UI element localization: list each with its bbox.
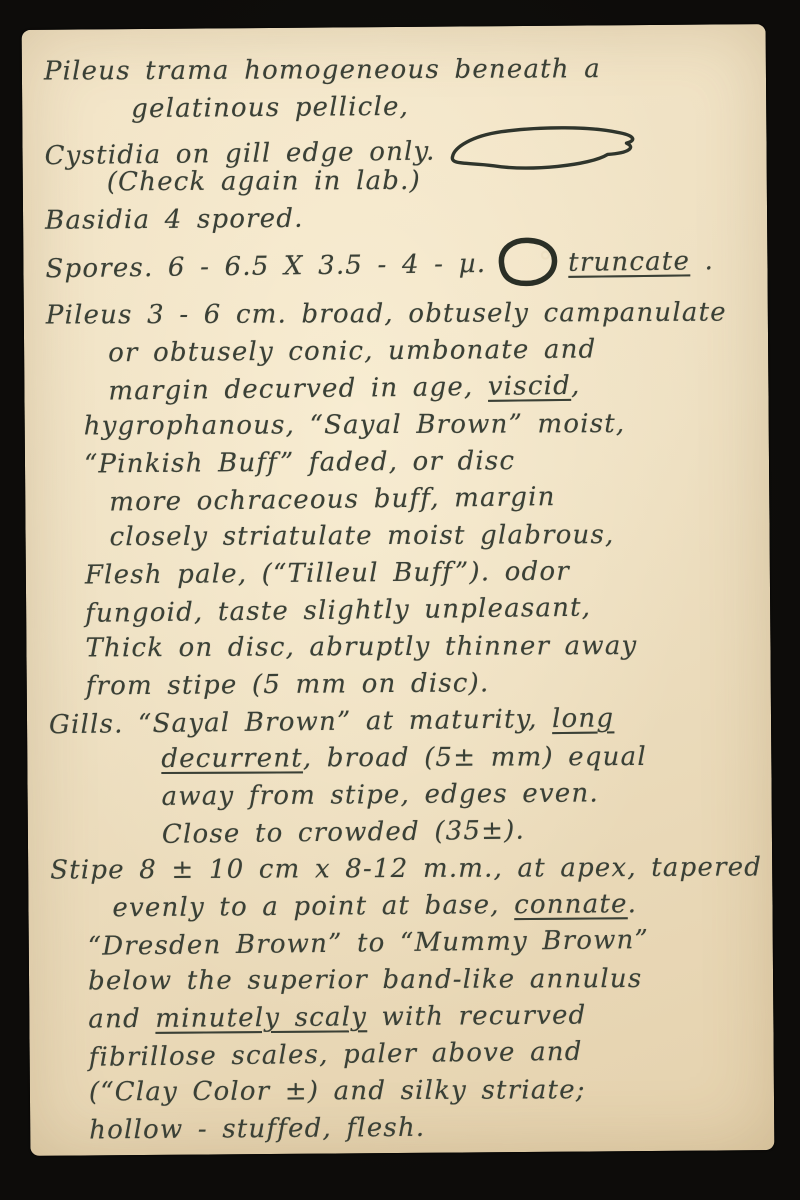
handwritten-line: Stipe 8 ± 10 cm x 8-12 m.m., at apex, ta… xyxy=(42,849,762,889)
handwritten-line: fungoid, taste slightly unpleasant, xyxy=(40,588,760,634)
handwriting-lines: Pileus trama homogeneous beneath agelati… xyxy=(36,49,765,1150)
handwritten-line: margin decurved in age, viscid, xyxy=(38,366,758,412)
handwritten-line: below the superior band-like annulus xyxy=(43,960,763,1000)
handwritten-line: Gills. “Sayal Brown” at maturity, long xyxy=(41,699,761,745)
spore-sketch-icon xyxy=(494,235,561,288)
handwritten-line: Spores. 6 - 6.5 X 3.5 - 4 - µ. truncate … xyxy=(37,233,757,279)
handwritten-line: Pileus trama homogeneous beneath a xyxy=(36,50,756,90)
handwritten-line: “Dresden Brown” to “Mummy Brown” xyxy=(43,921,763,967)
handwritten-line: Pileus 3 - 6 cm. broad, obtusely campanu… xyxy=(38,294,758,334)
handwritten-line: fibrillose scales, paler above and xyxy=(43,1032,763,1078)
underlined-word: viscid xyxy=(488,371,571,402)
note-card: Pileus trama homogeneous beneath agelati… xyxy=(22,24,775,1156)
underlined-word: decurrent xyxy=(161,743,303,774)
handwritten-line: (Check again in lab.) xyxy=(37,161,757,201)
underlined-word: connate xyxy=(514,889,628,920)
handwritten-line: closely striatulate moist glabrous, xyxy=(40,516,760,556)
photo-background: Pileus trama homogeneous beneath agelati… xyxy=(0,0,800,1200)
handwritten-line: decurrent, broad (5± mm) equal xyxy=(41,738,761,778)
underlined-word: truncate xyxy=(568,246,690,277)
handwritten-line: Close to crowded (35±). xyxy=(42,810,762,856)
handwritten-line: Thick on disc, abruptly thinner away xyxy=(40,627,760,667)
underlined-word: long xyxy=(552,703,615,734)
handwritten-line: more ochraceous buff, margin xyxy=(39,477,759,523)
handwritten-line: Cystidia on gill edge only. xyxy=(36,122,756,168)
handwritten-line: hollow - stuffed, flesh. xyxy=(44,1107,764,1150)
handwritten-line: hygrophanous, “Sayal Brown” moist, xyxy=(39,405,759,445)
underlined-word: minutely scaly xyxy=(155,1002,367,1034)
handwritten-line: (“Clay Color ±) and silky striate; xyxy=(44,1071,764,1111)
